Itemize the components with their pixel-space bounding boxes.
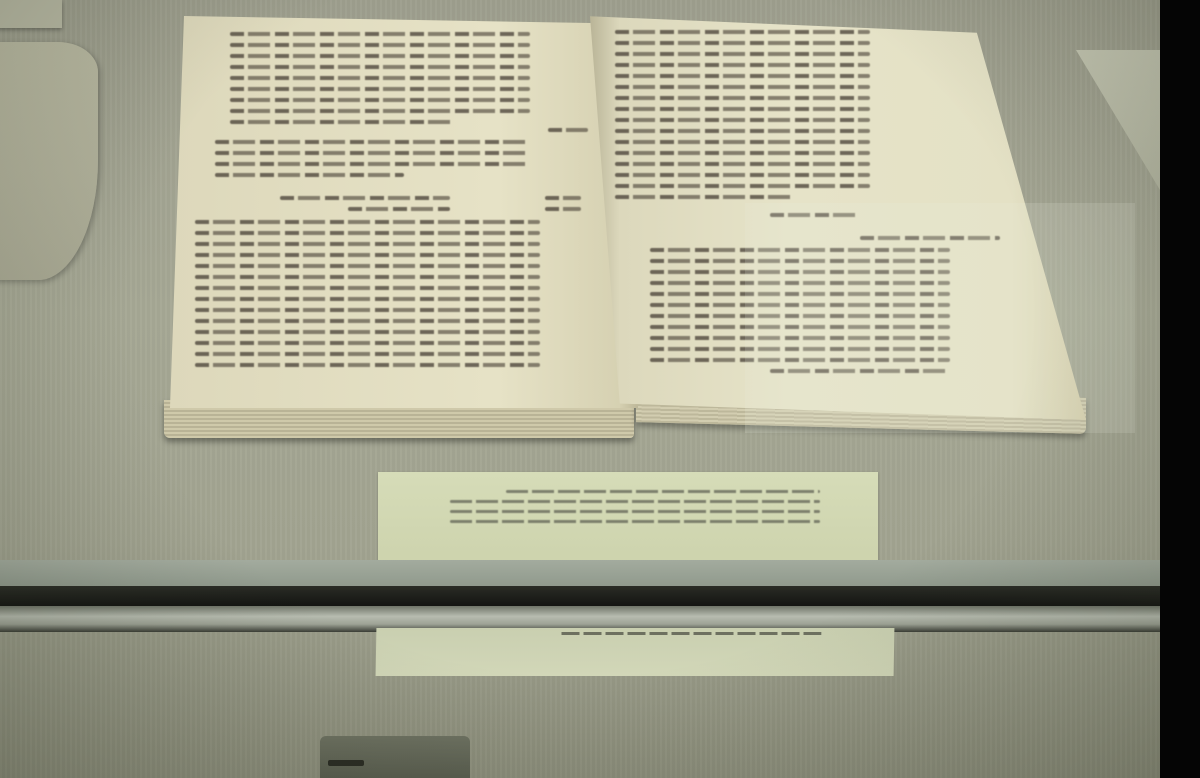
glass-edge (0, 560, 1160, 588)
left-page-heading (280, 196, 450, 218)
exhibit-placard (378, 472, 878, 564)
film-border (1160, 0, 1200, 778)
left-page-handwriting-block-1 (230, 32, 530, 131)
partial-document-top-left (0, 0, 62, 28)
glass-reflection (745, 203, 1135, 433)
open-notebook (160, 8, 1090, 438)
small-label-object (320, 736, 470, 778)
left-page-handwriting-block-3 (195, 220, 540, 374)
partial-handwritten-document-left (0, 42, 98, 280)
placard-text (450, 490, 820, 530)
left-margin-note (548, 128, 588, 139)
right-page-handwriting-block-1 (615, 30, 870, 206)
placard-reflection (376, 628, 895, 676)
small-object-label (328, 760, 364, 766)
case-frame-shadow (0, 586, 1160, 608)
left-margin-note-2 (545, 196, 581, 218)
display-case-photo (0, 0, 1160, 778)
left-page-handwriting-block-2 (215, 140, 530, 184)
